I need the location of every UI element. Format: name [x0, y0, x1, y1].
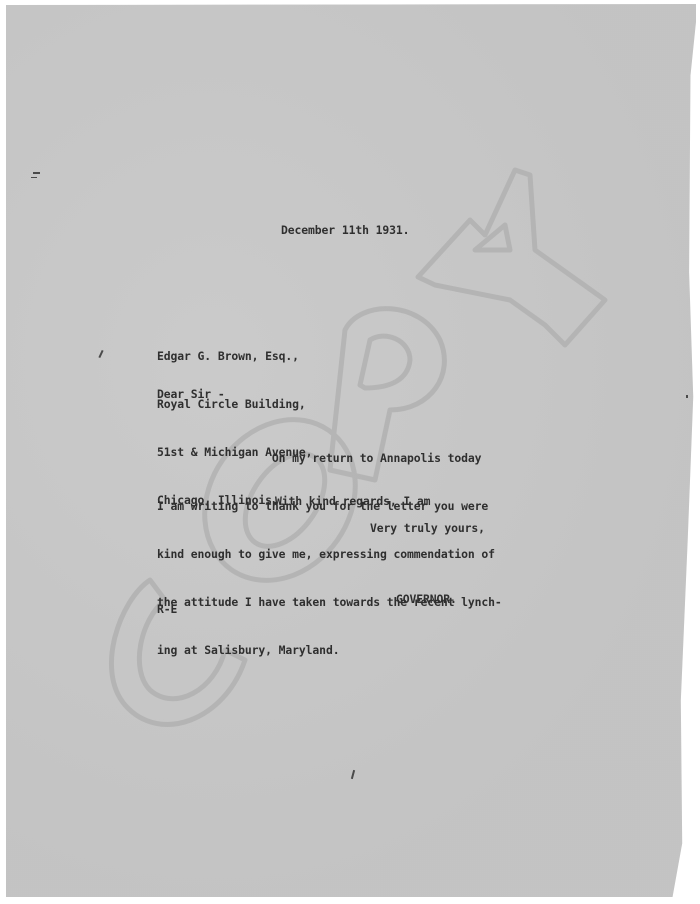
salutation: Dear Sir - [157, 386, 225, 402]
signature-title: GOVERNOR. [396, 591, 457, 607]
stray-mark [31, 177, 37, 178]
valediction: Very truly yours, [370, 520, 485, 536]
typist-initials: R-E [157, 601, 177, 617]
body-line: ing at Salisbury, Maryland. [157, 642, 502, 658]
letter-body: On my return to Annapolis today I am wri… [157, 418, 502, 674]
stray-mark [686, 395, 688, 398]
closing-line: With kind regards, I am [275, 493, 430, 509]
body-line: On my return to Annapolis today [157, 450, 502, 466]
body-line: kind enough to give me, expressing comme… [157, 546, 502, 562]
recipient-line: Edgar G. Brown, Esq., [157, 348, 312, 364]
stray-mark [33, 172, 40, 174]
letter-date: December 11th 1931. [281, 222, 409, 238]
